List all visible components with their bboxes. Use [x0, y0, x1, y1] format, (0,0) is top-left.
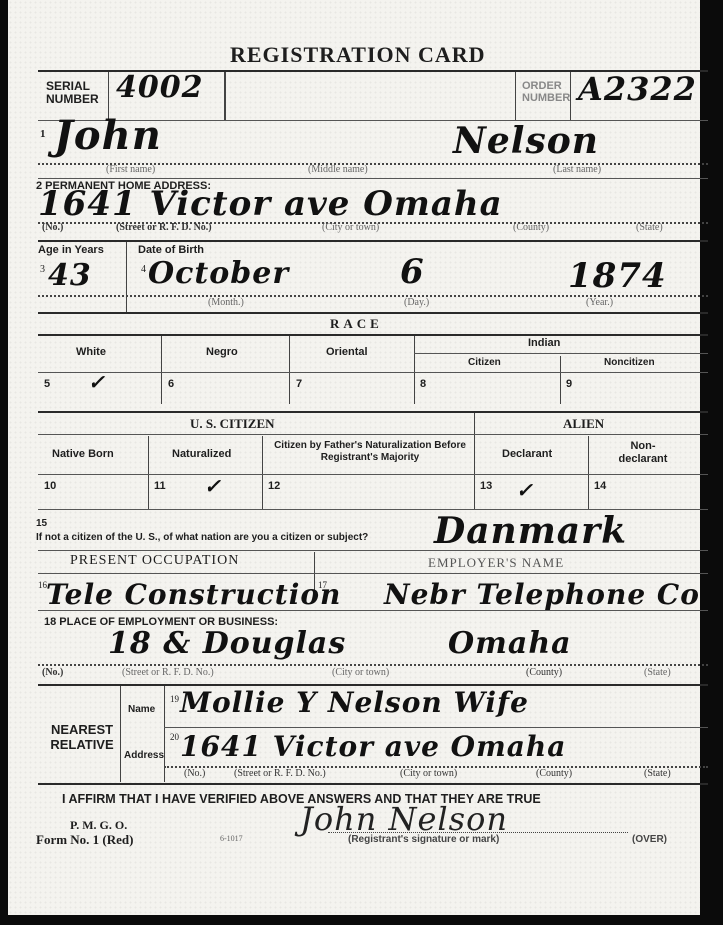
caption-state: (State) — [636, 222, 663, 233]
first-name-caption: (First name) — [106, 164, 155, 175]
box-number: 8 — [420, 378, 426, 390]
dob-month: October — [148, 256, 289, 291]
employer-value: Nebr Telephone Co — [384, 578, 700, 611]
box-number: 7 — [296, 378, 302, 390]
order-number-label: ORDER NUMBER — [522, 80, 570, 104]
nationality-question: If not a citizen of the U. S., of what n… — [36, 532, 368, 543]
naturalized-mark[interactable]: ✓ — [204, 474, 222, 498]
caption-state: (State) — [644, 667, 671, 678]
card-title: REGISTRATION CARD — [230, 42, 486, 68]
relative-address-label: Address — [124, 750, 164, 761]
age-label: Age in Years — [38, 244, 104, 256]
field-number: 1 — [40, 128, 46, 140]
last-name: Nelson — [453, 120, 599, 162]
first-name: John — [54, 112, 162, 159]
signature-caption: (Registrant's signature or mark) — [348, 834, 499, 845]
field-number: 19 — [170, 694, 179, 704]
race-col-white: White — [76, 346, 106, 358]
alien-col-declarant: Declarant — [502, 448, 552, 460]
race-white-mark[interactable]: ✓ — [88, 370, 106, 394]
serial-number-label: SERIAL NUMBER — [46, 80, 108, 106]
place-city-value: Omaha — [448, 626, 572, 661]
dob-day: 6 — [400, 252, 425, 292]
registration-card: REGISTRATION CARD SERIAL NUMBER 4002 ORD… — [8, 0, 700, 915]
print-code: 6-1017 — [220, 834, 243, 843]
citizen-col-native-born: Native Born — [52, 448, 114, 460]
relative-name-label: Name — [128, 704, 155, 715]
box-number: 9 — [566, 378, 572, 390]
pmgo-label: P. M. G. O. — [70, 818, 127, 833]
race-col-indian-citizen: Citizen — [468, 357, 501, 368]
home-address-value: 1641 Victor ave Omaha — [38, 184, 503, 224]
box-number: 10 — [44, 480, 56, 492]
employer-header: EMPLOYER'S NAME — [428, 555, 564, 571]
dob-label: Date of Birth — [138, 244, 204, 256]
dob-year: 1874 — [568, 256, 667, 296]
race-col-negro: Negro — [206, 346, 238, 358]
field-number: 3 — [40, 264, 45, 275]
caption-no: (No.) — [184, 768, 205, 779]
relative-address-value: 1641 Victor ave Omaha — [180, 730, 566, 763]
serial-number-value: 4002 — [116, 70, 204, 105]
last-name-caption: (Last name) — [553, 164, 601, 175]
nationality-answer: Danmark — [434, 510, 627, 552]
caption-street: (Street or R. F. D. No.) — [122, 667, 214, 678]
field-number: 20 — [170, 732, 179, 742]
occupation-value: Tele Construction — [46, 578, 341, 611]
caption-year: (Year.) — [586, 297, 613, 308]
box-number: 5 — [44, 378, 50, 390]
race-col-indian-noncitizen: Noncitizen — [604, 357, 655, 368]
caption-month: (Month.) — [208, 297, 244, 308]
field-number: 17 — [318, 580, 327, 590]
field-number: 4 — [141, 264, 146, 275]
caption-county: (County) — [536, 768, 572, 779]
caption-street: (Street or R. F. D. No.) — [116, 222, 212, 233]
caption-county: (County) — [526, 667, 562, 678]
caption-city: (City or town) — [400, 768, 457, 779]
box-number: 6 — [168, 378, 174, 390]
caption-city: (City or town) — [332, 667, 389, 678]
race-col-oriental: Oriental — [326, 346, 368, 358]
caption-day: (Day.) — [404, 297, 429, 308]
alien-header: ALIEN — [563, 416, 604, 432]
declarant-mark[interactable]: ✓ — [516, 478, 534, 502]
order-number-value: A2322 — [578, 70, 697, 108]
relative-name-value: Mollie Y Nelson Wife — [180, 686, 529, 719]
middle-name-caption: (Middle name) — [308, 164, 368, 175]
race-col-indian: Indian — [528, 337, 560, 349]
caption-street: (Street or R. F. D. No.) — [234, 768, 326, 779]
box-number: 12 — [268, 480, 280, 492]
caption-county: (County) — [513, 222, 549, 233]
form-number: Form No. 1 (Red) — [36, 832, 133, 848]
alien-col-nondeclarant: Non-declarant — [608, 440, 678, 466]
caption-no: (No.) — [42, 667, 63, 678]
place-street-value: 18 & Douglas — [108, 626, 346, 661]
citizen-col-fathers-naturalization: Citizen by Father's Naturalization Befor… — [270, 440, 470, 464]
caption-no: (No.) — [42, 222, 63, 233]
age-value: 43 — [48, 258, 92, 293]
field-number: 15 — [36, 518, 47, 529]
box-number: 14 — [594, 480, 606, 492]
race-header: RACE — [330, 316, 383, 332]
citizen-col-naturalized: Naturalized — [172, 448, 231, 460]
us-citizen-header: U. S. CITIZEN — [190, 416, 275, 432]
over-label: (OVER) — [632, 834, 667, 845]
box-number: 11 — [154, 480, 166, 492]
nearest-relative-label: NEAREST RELATIVE — [44, 722, 120, 752]
box-number: 13 — [480, 480, 492, 492]
caption-city: (City or town) — [322, 222, 379, 233]
caption-state: (State) — [644, 768, 671, 779]
occupation-header: PRESENT OCCUPATION — [70, 553, 239, 569]
